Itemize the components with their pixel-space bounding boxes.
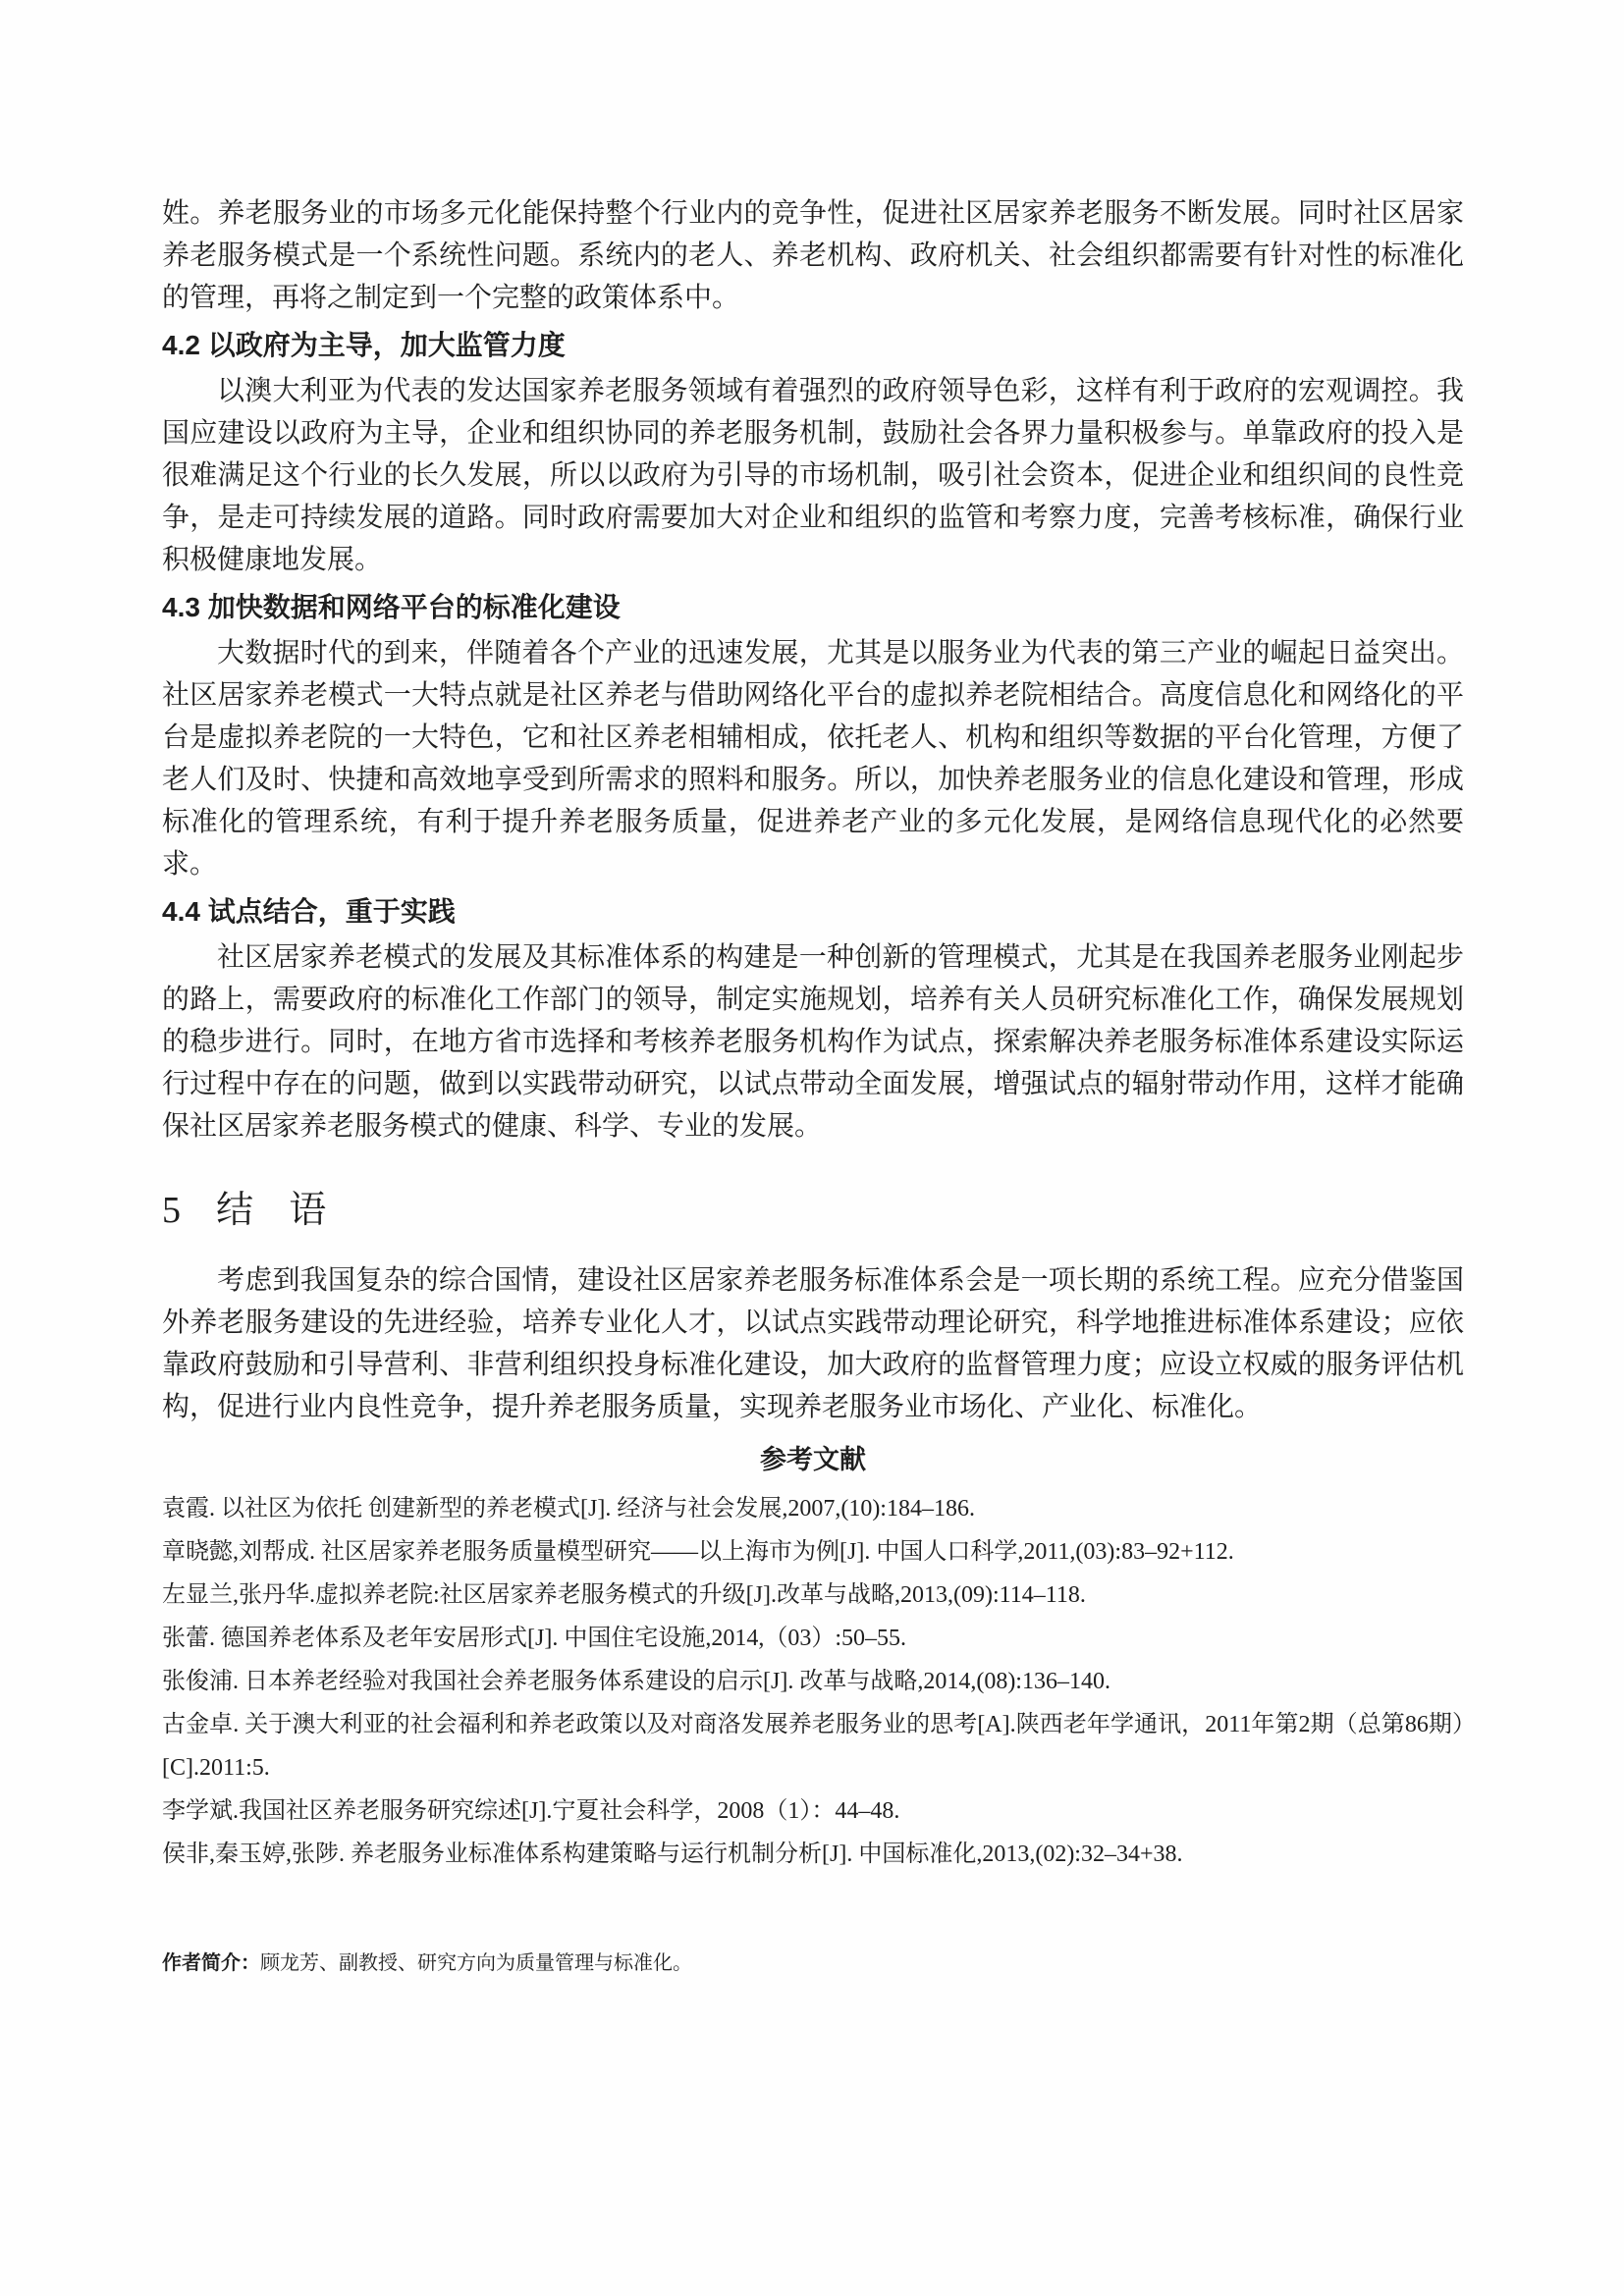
section-paragraph-4-3: 大数据时代的到来，伴随着各个产业的迅速发展，尤其是以服务业为代表的第三产业的崛起…: [162, 632, 1464, 885]
conclusion-paragraph: 考虑到我国复杂的综合国情，建设社区居家养老服务标准体系会是一项长期的系统工程。应…: [162, 1259, 1464, 1428]
reference-item: 李学斌.我国社区养老服务研究综述[J].宁夏社会科学，2008（1）：44–48…: [162, 1789, 1464, 1833]
section-heading-4-3: 4.3 加快数据和网络平台的标准化建设: [162, 586, 1464, 628]
author-note: 作者简介：顾龙芳、副教授、研究方向为质量管理与标准化。: [162, 1949, 1464, 1978]
author-note-label: 作者简介：: [162, 1952, 260, 1974]
reference-item: 左显兰,张丹华.虚拟养老院:社区居家养老服务模式的升级[J].改革与战略,201…: [162, 1574, 1464, 1617]
page-content: 姓。养老服务业的市场多元化能保持整个行业内的竞争性，促进社区居家养老服务不断发展…: [162, 192, 1464, 1998]
references-list: 袁霞. 以社区为依托 创建新型的养老模式[J]. 经济与社会发展,2007,(1…: [162, 1487, 1464, 1876]
reference-item: 古金卓. 关于澳大利亚的社会福利和养老政策以及对商洛发展养老服务业的思考[A].…: [162, 1703, 1464, 1789]
section-heading-4-2: 4.2 以政府为主导，加大监管力度: [162, 324, 1464, 366]
section-paragraph-4-4: 社区居家养老模式的发展及其标准体系的构建是一种创新的管理模式，尤其是在我国养老服…: [162, 936, 1464, 1148]
references-heading: 参考文献: [162, 1440, 1464, 1479]
conclusion-heading: 5 结 语: [162, 1187, 1464, 1234]
author-note-text: 顾龙芳、副教授、研究方向为质量管理与标准化。: [260, 1952, 692, 1974]
section-paragraph-4-2: 以澳大利亚为代表的发达国家养老服务领域有着强烈的政府领导色彩，这样有利于政府的宏…: [162, 370, 1464, 581]
reference-item: 侯非,秦玉婷,张陟. 养老服务业标准体系构建策略与运行机制分析[J]. 中国标准…: [162, 1833, 1464, 1876]
section-heading-4-4: 4.4 试点结合，重于实践: [162, 890, 1464, 933]
intro-paragraph: 姓。养老服务业的市场多元化能保持整个行业内的竞争性，促进社区居家养老服务不断发展…: [162, 192, 1464, 319]
reference-item: 袁霞. 以社区为依托 创建新型的养老模式[J]. 经济与社会发展,2007,(1…: [162, 1487, 1464, 1530]
paper-page: 姓。养老服务业的市场多元化能保持整个行业内的竞争性，促进社区居家养老服务不断发展…: [0, 0, 1624, 2296]
reference-item: 张俊浦. 日本养老经验对我国社会养老服务体系建设的启示[J]. 改革与战略,20…: [162, 1660, 1464, 1703]
reference-item: 章晓懿,刘帮成. 社区居家养老服务质量模型研究——以上海市为例[J]. 中国人口…: [162, 1530, 1464, 1574]
reference-item: 张蕾. 德国养老体系及老年安居形式[J]. 中国住宅设施,2014,（03）:5…: [162, 1617, 1464, 1660]
